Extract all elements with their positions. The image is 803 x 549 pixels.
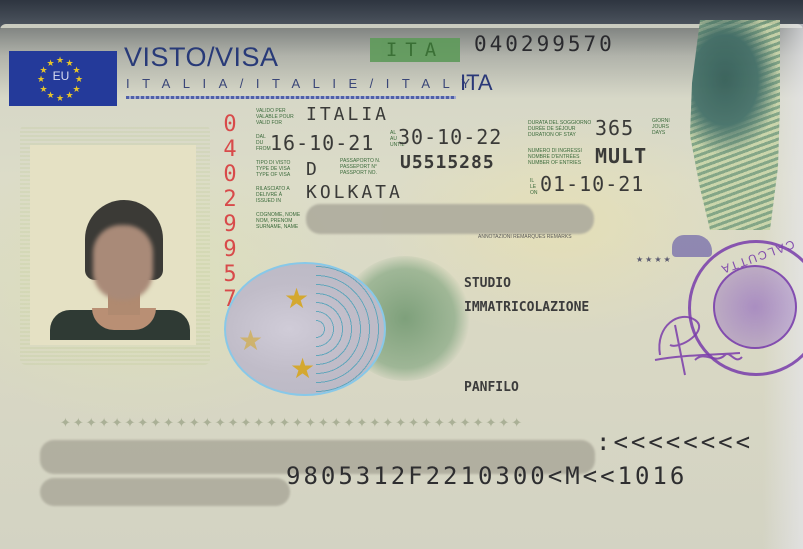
label-passport: PASSAPORTO N. PASSEPORT N° PASSPORT No. xyxy=(340,158,380,176)
entries-value: MULT xyxy=(595,144,647,168)
label-issued-in: RILASCIATO A DELIVRÉ À ISSUED IN xyxy=(256,186,290,204)
remark-line-1: STUDIO xyxy=(464,276,511,291)
label-issue-date: IL LE ON xyxy=(530,178,538,196)
holographic-seal-icon: ★ ★ ★ xyxy=(224,262,386,396)
until-date-value: 30-10-22 xyxy=(398,125,502,149)
label-days: GIORNI JOURS DAYS xyxy=(652,118,670,136)
seal-star-icon: ★ xyxy=(290,352,315,385)
country-box: ITA xyxy=(370,38,460,62)
serial-digit: 9 xyxy=(220,237,240,262)
holder-photo xyxy=(30,145,196,345)
seal-star-icon: ★ xyxy=(238,324,263,357)
label-valid-for: VALIDO PER VALABLE POUR VALID FOR xyxy=(256,108,294,126)
eu-flag-icon: ★★★★★★★★★★★★ EU xyxy=(9,51,117,106)
serial-digit: 5 xyxy=(220,262,240,287)
serial-digit: 9 xyxy=(220,212,240,237)
serial-digit: 0 xyxy=(220,112,240,137)
serial-digit: 0 xyxy=(220,162,240,187)
label-surname: COGNOME, NOME NOM, PRENOM SURNAME, NAME xyxy=(256,212,300,230)
label-visa-type: TIPO DI VISTO TYPE DE VISA TYPE OF VISA xyxy=(256,160,290,178)
duration-value: 365 xyxy=(595,116,634,140)
eu-badge-text: EU xyxy=(47,69,75,83)
mrz-line-2: 9805312F2210300<M<<1016 xyxy=(286,462,687,490)
seal-star-icon: ★ xyxy=(284,282,309,315)
photo-face-blurred xyxy=(93,225,153,300)
visa-type-value: D xyxy=(306,159,318,180)
signature-icon xyxy=(650,305,745,380)
label-entries: NUMERO DI INGRESSI NOMBRE D'ENTRÉES NUMB… xyxy=(528,148,582,166)
issued-in-value: KOLKATA xyxy=(306,182,403,203)
serial-digit: 2 xyxy=(220,187,240,212)
microprint-text: ✦✦✦✦✦✦✦✦✦✦✦✦✦✦✦✦✦✦✦✦✦✦✦✦✦✦✦✦✦✦✦✦✦✦✦✦ xyxy=(60,415,524,431)
remark-line-3: PANFILO xyxy=(464,380,519,395)
label-remarks: ANNOTAZIONI REMARQUES REMARKS xyxy=(478,234,572,240)
issue-date-value: 01-10-21 xyxy=(540,172,644,196)
mrz-redaction-2 xyxy=(40,478,290,506)
country-box-text: ITA xyxy=(370,38,460,62)
from-date-value: 16-10-21 xyxy=(270,131,374,155)
label-duration: DURATA DEL SOGGIORNO DURÉE DE SÉJOUR DUR… xyxy=(528,120,591,138)
visa-number: 040299570 xyxy=(474,32,615,56)
star-row-icon: ★★★★ xyxy=(636,255,673,264)
label-from: DAL DU FROM xyxy=(256,134,271,152)
country-code: ITA xyxy=(460,70,493,96)
visa-title: VISTO/VISA xyxy=(124,42,279,73)
visa-subtitle: ITALIA/ITALIE/ITALY xyxy=(126,76,482,91)
mrz-line-1: :<<<<<<<< xyxy=(596,428,753,456)
microprint-line xyxy=(126,96,456,99)
valid-for-value: ITALIA xyxy=(306,104,389,125)
name-redaction xyxy=(306,204,594,234)
passport-number-value: U5515285 xyxy=(400,152,495,173)
remark-line-2: IMMATRICOLAZIONE xyxy=(464,300,589,315)
serial-digit: 4 xyxy=(220,137,240,162)
elephant-icon xyxy=(672,235,712,257)
